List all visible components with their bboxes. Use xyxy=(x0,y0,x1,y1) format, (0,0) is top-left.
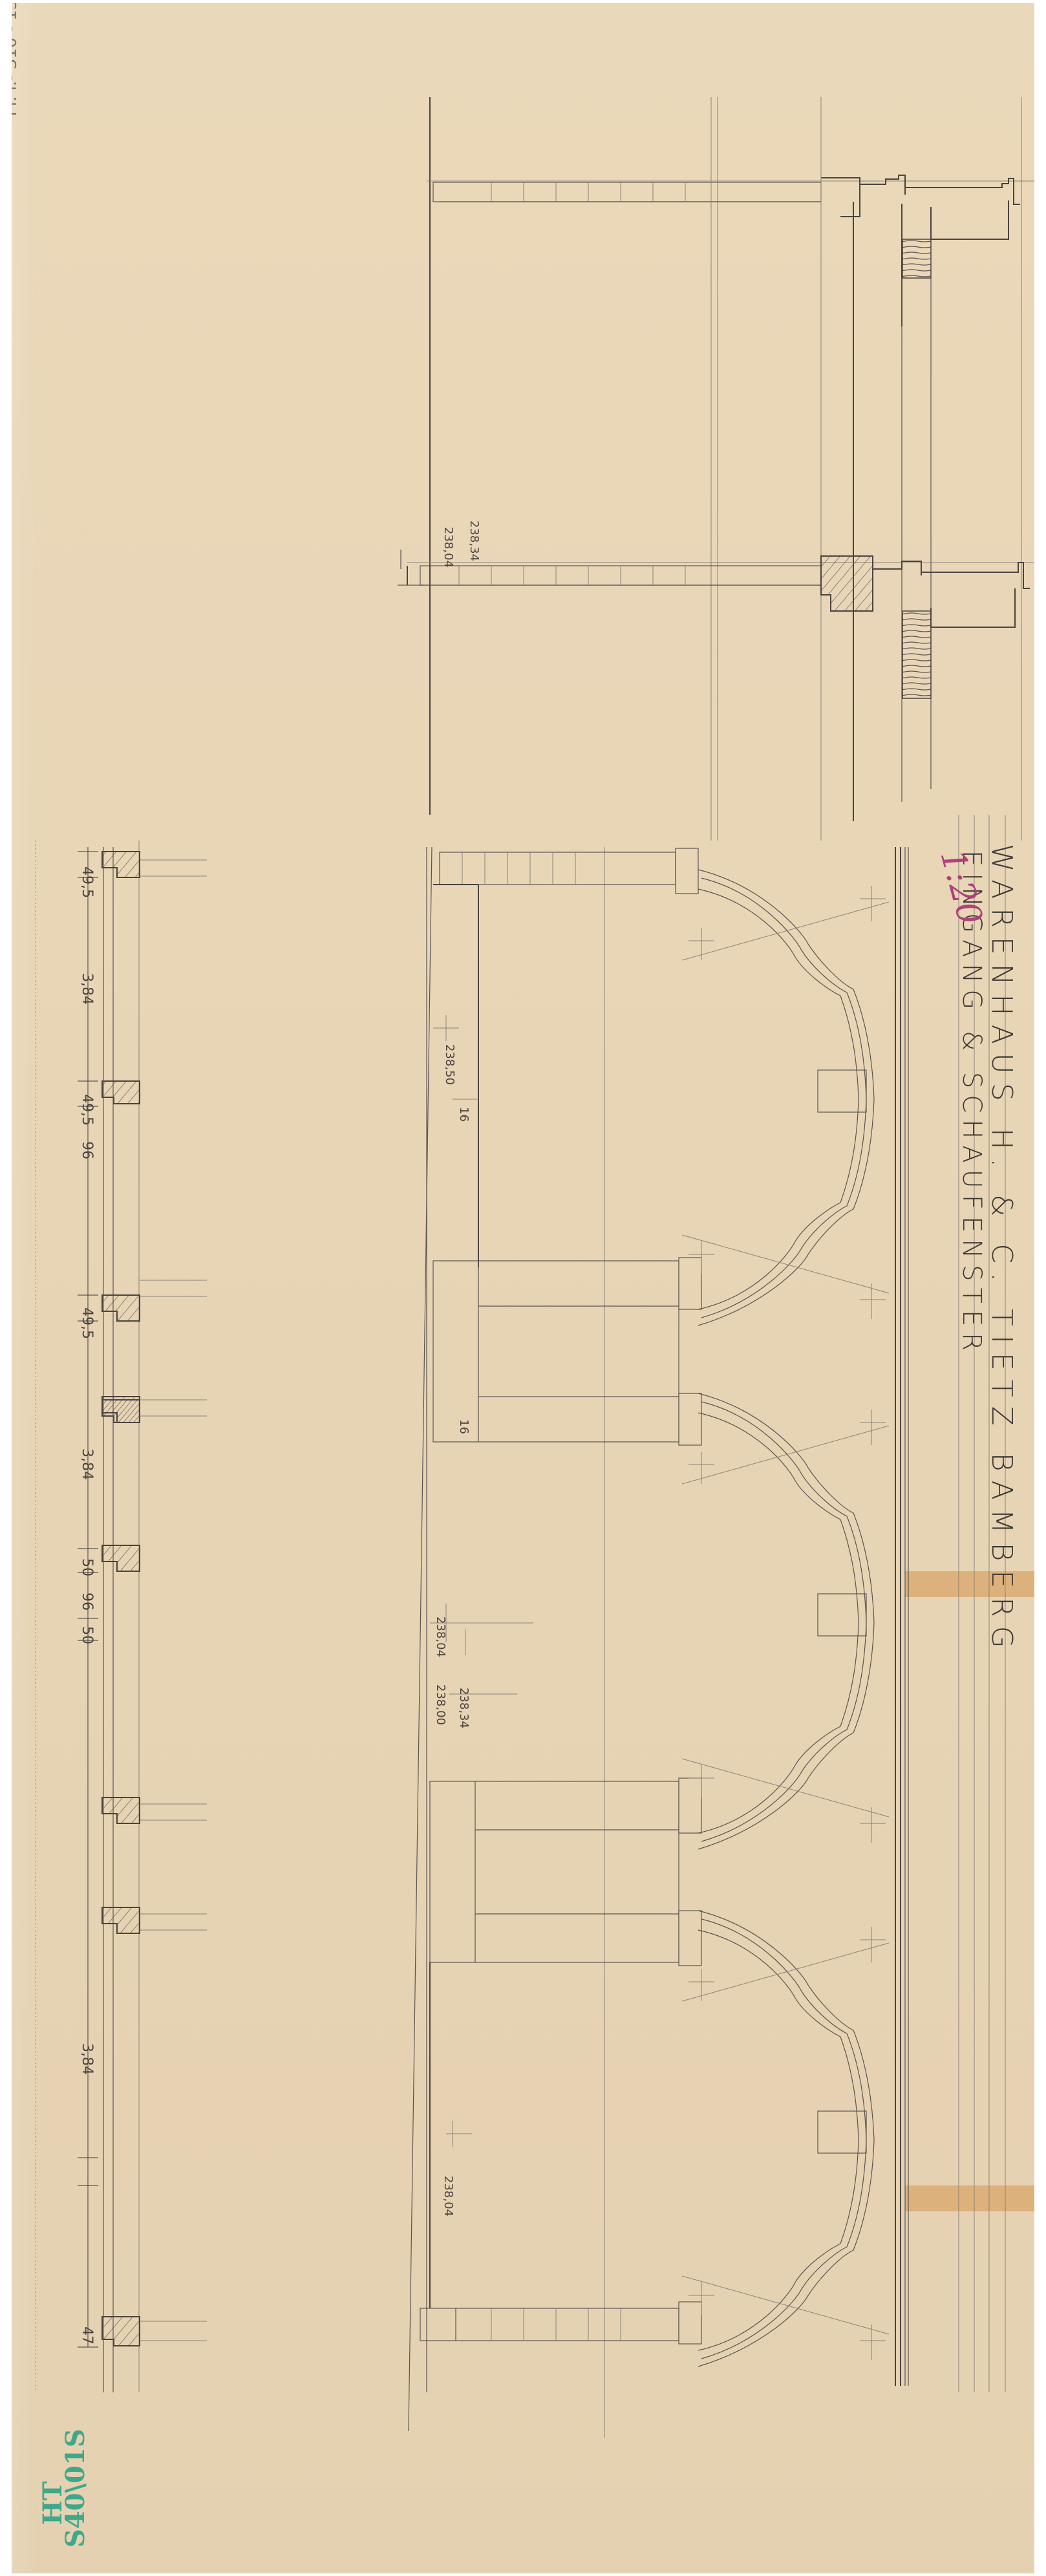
dim-label: 16 xyxy=(457,1107,471,1122)
section-drawing xyxy=(398,97,1034,841)
dim-label: 96 xyxy=(79,1141,95,1159)
level-label: 238,34 xyxy=(467,521,481,561)
level-label: 238,04 xyxy=(442,527,455,568)
drawing-title: WARENHAUS H. & C. TIETZ BAMBERG xyxy=(985,844,1018,1657)
dim-label: 50 xyxy=(79,1558,95,1576)
dim-label: 47 xyxy=(79,2326,95,2345)
drawing-subtitle: EINGANG & SCHAUFENSTER xyxy=(957,850,987,1357)
dim-label: 16 xyxy=(457,1419,471,1434)
stamp-number: S40\01S xyxy=(60,2429,91,2548)
dim-label: 3,84 xyxy=(79,2043,95,2075)
dim-label: 3,84 xyxy=(79,1448,95,1480)
dimension-labels: 49,5 3,84 49,5 96 49,5 3,84 50 96 50 3,8… xyxy=(79,866,95,2345)
dim-label: 49,5 xyxy=(79,866,95,898)
level-label: 238,04 xyxy=(442,2176,455,2216)
title-block: WARENHAUS H. & C. TIETZ BAMBERG EINGANG … xyxy=(932,815,1018,2392)
plan-piers xyxy=(36,841,207,2392)
level-label: 238,34 xyxy=(457,1688,471,1728)
level-label: 238,50 xyxy=(443,1044,456,1085)
archive-pencil-note: Pl. f.- 310 - 13 xyxy=(12,3,21,116)
dim-label: 50 xyxy=(79,1626,95,1644)
archive-stamp: HT S40\01S xyxy=(37,2429,91,2548)
dim-label: 96 xyxy=(79,1593,95,1611)
dim-label: 3,84 xyxy=(79,973,95,1005)
tape-strip xyxy=(905,2185,1034,2211)
architectural-drawing: 49,5 3,84 49,5 96 49,5 3,84 50 96 50 3,8… xyxy=(12,3,1034,2573)
drawing-sheet: 49,5 3,84 49,5 96 49,5 3,84 50 96 50 3,8… xyxy=(12,3,1034,2573)
dim-label: 49,5 xyxy=(79,1094,95,1126)
elevation xyxy=(409,847,908,2438)
level-label: 238,04 xyxy=(434,1616,447,1657)
level-label: 238,00 xyxy=(434,1684,447,1725)
dim-label: 49,5 xyxy=(79,1307,95,1339)
